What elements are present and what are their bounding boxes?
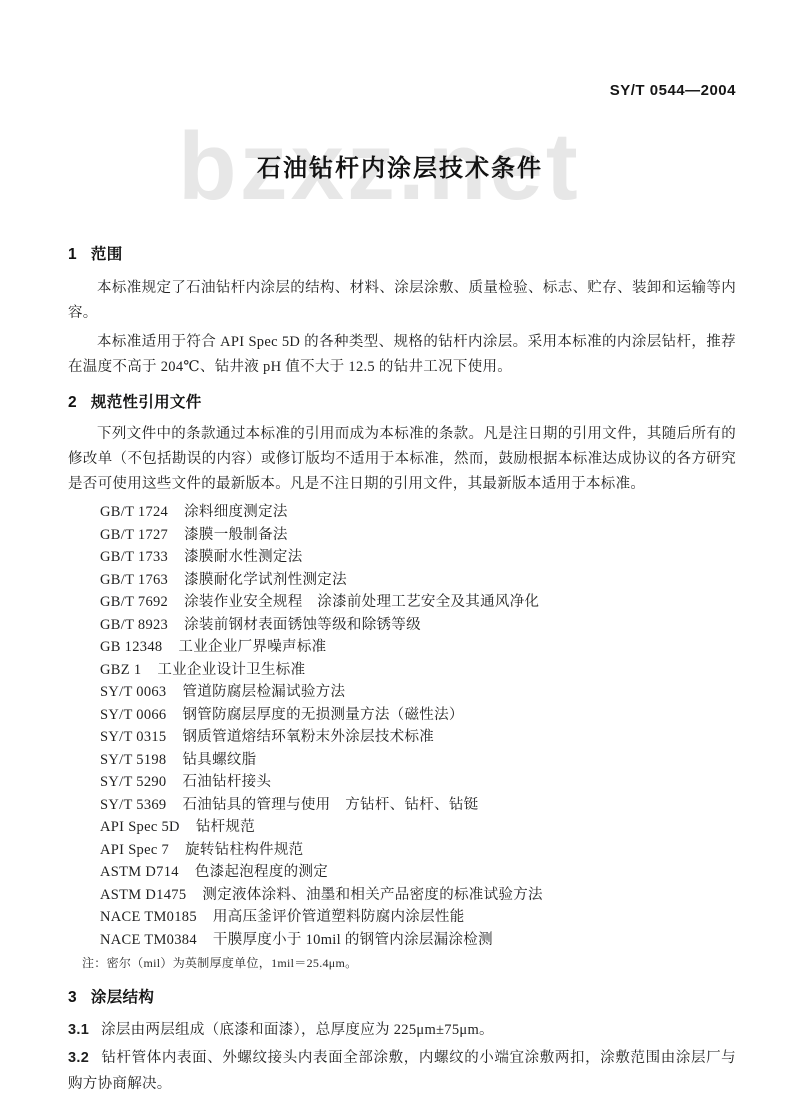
reference-item: SY/T 5369石油钻具的管理与使用 方钻杆、钻杆、钻铤 (100, 794, 736, 817)
section-1-heading: 1范围 (68, 236, 736, 264)
reference-code: GB/T 8923 (100, 617, 168, 633)
section-3-heading: 3涂层结构 (68, 985, 736, 1007)
reference-code: GB/T 7692 (100, 594, 168, 610)
reference-code: SY/T 5290 (100, 774, 166, 790)
reference-title: 漆膜一般制备法 (184, 527, 288, 543)
section-2-number: 2 (68, 394, 77, 411)
reference-code: GBZ 1 (100, 662, 141, 678)
reference-item: GB/T 7692涂装作业安全规程 涂漆前处理工艺安全及其通风净化 (100, 591, 736, 614)
reference-item: GB/T 8923涂装前钢材表面锈蚀等级和除锈等级 (100, 614, 736, 637)
reference-item: GB 12348工业企业厂界噪声标准 (100, 636, 736, 659)
section-2-heading: 2规范性引用文件 (68, 390, 736, 412)
reference-title: 色漆起泡程度的测定 (195, 864, 328, 880)
reference-title: 工业企业设计卫生标准 (157, 662, 305, 678)
reference-code: NACE TM0185 (100, 909, 197, 925)
reference-item: GB/T 1733漆膜耐水性测定法 (100, 546, 736, 569)
reference-code: GB 12348 (100, 639, 162, 655)
section-2-label: 规范性引用文件 (91, 394, 202, 411)
reference-code: SY/T 0315 (100, 729, 166, 745)
reference-code: GB/T 1727 (100, 527, 168, 543)
scope-paragraph-1: 本标准规定了石油钻杆内涂层的结构、材料、涂层涂敷、质量检验、标志、贮存、装卸和运… (68, 276, 736, 326)
reference-title: 测定液体涂料、油墨和相关产品密度的标准试验方法 (202, 887, 542, 903)
document-content: 1范围 本标准规定了石油钻杆内涂层的结构、材料、涂层涂敷、质量检验、标志、贮存、… (68, 236, 736, 1099)
clause-3-1: 3.1涂层由两层组成（底漆和面漆），总厚度应为 225μm±75μm。 (68, 1017, 736, 1043)
reference-code: GB/T 1733 (100, 549, 168, 565)
reference-item: API Spec 5D钻杆规范 (100, 816, 736, 839)
reference-title: 石油钻杆接头 (182, 774, 271, 790)
reference-item: GB/T 1724涂料细度测定法 (100, 501, 736, 524)
clause-3-2-number: 3.2 (68, 1050, 89, 1066)
reference-code: SY/T 0066 (100, 707, 166, 723)
reference-title: 石油钻具的管理与使用 方钻杆、钻杆、钻铤 (182, 797, 478, 813)
reference-code: GB/T 1724 (100, 504, 168, 520)
scope-paragraph-2: 本标准适用于符合 API Spec 5D 的各种类型、规格的钻杆内涂层。采用本标… (68, 330, 736, 380)
reference-title: 干膜厚度小于 10mil 的钢管内涂层漏涂检测 (213, 932, 493, 948)
reference-title: 涂装前钢材表面锈蚀等级和除锈等级 (184, 617, 421, 633)
clause-3-2: 3.2钻杆管体内表面、外螺纹接头内表面全部涂敷，内螺纹的小端宜涂敷两扣，涂敷范围… (68, 1045, 736, 1097)
reference-title: 钢管防腐层厚度的无损测量方法（磁性法） (182, 707, 463, 723)
reference-item: GB/T 1727漆膜一般制备法 (100, 524, 736, 547)
reference-code: SY/T 5369 (100, 797, 166, 813)
reference-item: SY/T 5290石油钻杆接头 (100, 771, 736, 794)
reference-item: GB/T 1763漆膜耐化学试剂性测定法 (100, 569, 736, 592)
clause-3-1-text: 涂层由两层组成（底漆和面漆），总厚度应为 225μm±75μm。 (101, 1022, 494, 1038)
reference-item: NACE TM0185用高压釜评价管道塑料防腐内涂层性能 (100, 906, 736, 929)
reference-title: 管道防腐层检漏试验方法 (182, 684, 345, 700)
reference-code: SY/T 0063 (100, 684, 166, 700)
reference-item: ASTM D1475测定液体涂料、油墨和相关产品密度的标准试验方法 (100, 884, 736, 907)
references-note: 注：密尔（mil）为英制厚度单位，1mil＝25.4μm。 (82, 955, 736, 971)
reference-item: ASTM D714色漆起泡程度的测定 (100, 861, 736, 884)
reference-item: GBZ 1工业企业设计卫生标准 (100, 659, 736, 682)
reference-code: GB/T 1763 (100, 572, 168, 588)
reference-title: 用高压釜评价管道塑料防腐内涂层性能 (213, 909, 465, 925)
references-list: GB/T 1724涂料细度测定法 GB/T 1727漆膜一般制备法 GB/T 1… (100, 501, 736, 951)
reference-item: SY/T 5198钻具螺纹脂 (100, 749, 736, 772)
reference-code: NACE TM0384 (100, 932, 197, 948)
reference-code: SY/T 5198 (100, 752, 166, 768)
reference-title: 漆膜耐水性测定法 (184, 549, 302, 565)
reference-item: SY/T 0066钢管防腐层厚度的无损测量方法（磁性法） (100, 704, 736, 727)
references-intro: 下列文件中的条款通过本标准的引用而成为本标准的条款。凡是注日期的引用文件，其随后… (68, 422, 736, 497)
document-page: SY/T 0544—2004 bzxz.net 石油钻杆内涂层技术条件 1范围 … (0, 0, 800, 1108)
clause-3-1-number: 3.1 (68, 1022, 89, 1038)
reference-title: 工业企业厂界噪声标准 (178, 639, 326, 655)
section-3-number: 3 (68, 989, 77, 1006)
document-title: 石油钻杆内涂层技术条件 (0, 148, 800, 183)
reference-title: 涂装作业安全规程 涂漆前处理工艺安全及其通风净化 (184, 594, 539, 610)
standard-code: SY/T 0544—2004 (610, 82, 736, 99)
reference-code: API Spec 7 (100, 842, 169, 858)
reference-item: API Spec 7旋转钻柱构件规范 (100, 839, 736, 862)
reference-code: ASTM D1475 (100, 887, 186, 903)
reference-title: 旋转钻柱构件规范 (185, 842, 303, 858)
reference-code: API Spec 5D (100, 819, 180, 835)
reference-code: ASTM D714 (100, 864, 179, 880)
reference-title: 漆膜耐化学试剂性测定法 (184, 572, 347, 588)
reference-title: 钢质管道熔结环氧粉末外涂层技术标准 (182, 729, 434, 745)
reference-item: NACE TM0384干膜厚度小于 10mil 的钢管内涂层漏涂检测 (100, 929, 736, 952)
section-3-label: 涂层结构 (91, 989, 154, 1006)
section-1-number: 1 (68, 246, 77, 263)
section-1-label: 范围 (91, 246, 123, 263)
reference-item: SY/T 0315钢质管道熔结环氧粉末外涂层技术标准 (100, 726, 736, 749)
clause-3-2-text: 钻杆管体内表面、外螺纹接头内表面全部涂敷，内螺纹的小端宜涂敷两扣，涂敷范围由涂层… (68, 1050, 736, 1092)
reference-title: 钻具螺纹脂 (182, 752, 256, 768)
reference-title: 涂料细度测定法 (184, 504, 288, 520)
reference-item: SY/T 0063管道防腐层检漏试验方法 (100, 681, 736, 704)
reference-title: 钻杆规范 (196, 819, 255, 835)
